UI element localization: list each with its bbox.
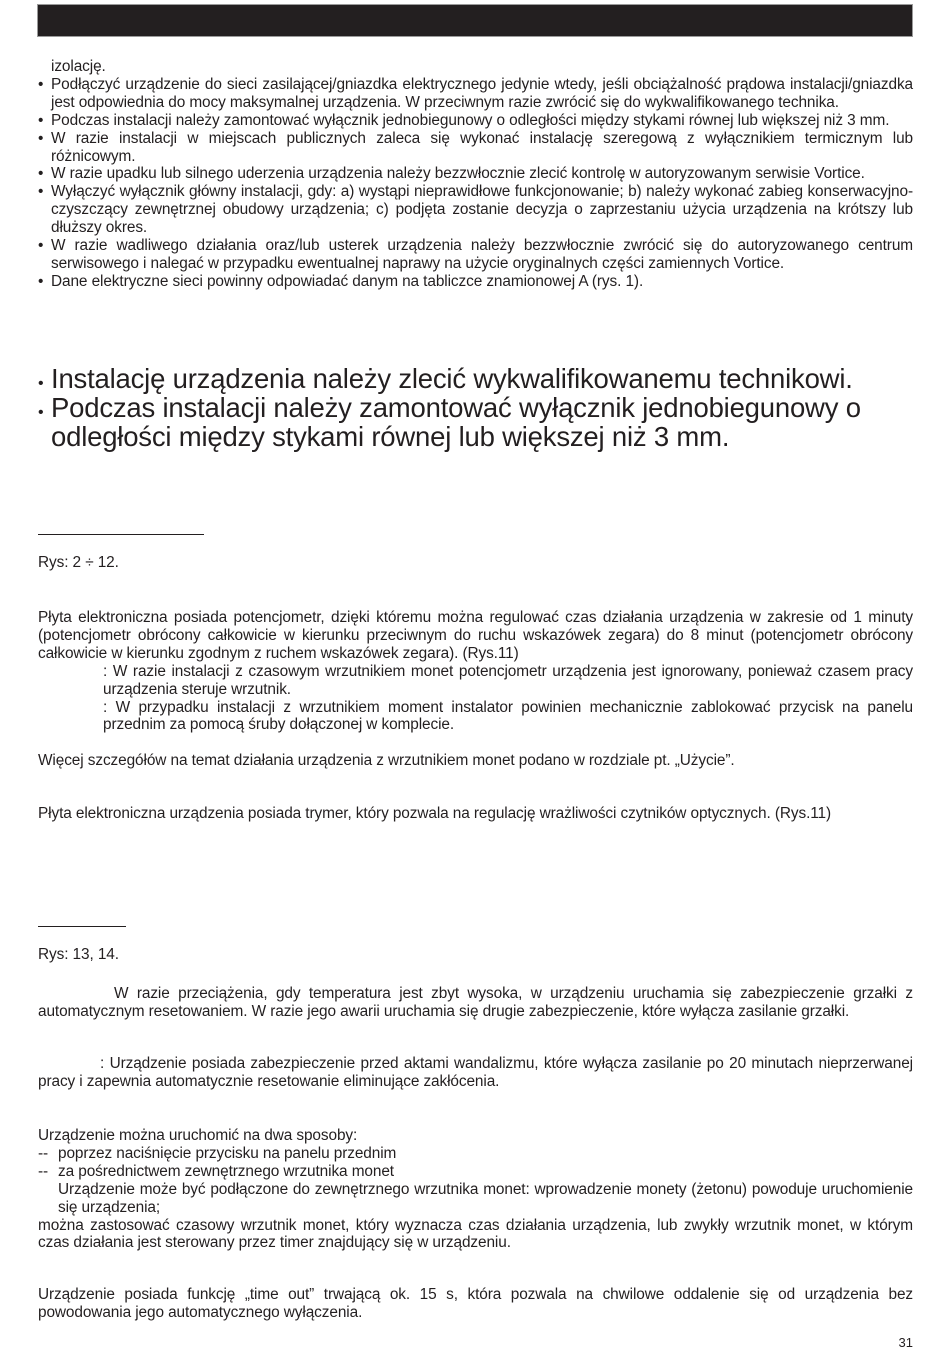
safety-item: •Podłączyć urządzenie do sieci zasilając… xyxy=(38,76,913,112)
note-paragraph: : W przypadku instalacji z wrzutnikiem m… xyxy=(38,699,913,735)
note-paragraph: : W razie instalacji z czasowym wrzutnik… xyxy=(38,663,913,699)
timeout-paragraph: Urządzenie posiada funkcję „time out” tr… xyxy=(38,1286,913,1322)
page-number: 31 xyxy=(899,1335,913,1350)
overheat-paragraph: W razie przeciążenia, gdy temperatura je… xyxy=(38,985,913,1021)
safety-item: •W razie upadku lub silnego uderzenia ur… xyxy=(38,165,913,183)
safety-item: •Dane elektryczne sieci powinny odpowiad… xyxy=(38,273,913,291)
more-details-paragraph: Więcej szczegółów na temat działania urz… xyxy=(38,752,913,770)
figure-ref: Rys: 13, 14. xyxy=(38,946,913,964)
bullet-icon: • xyxy=(38,398,43,427)
emphasis-list: •Instalację urządzenia należy zlecić wyk… xyxy=(38,364,913,451)
emphasis-item: •Podczas instalacji należy zamontować wy… xyxy=(38,393,913,451)
section-divider xyxy=(38,926,126,927)
start-option: --poprzez naciśnięcie przycisku na panel… xyxy=(38,1145,913,1163)
bullet-icon: • xyxy=(38,76,43,94)
safety-list: izolację. •Podłączyć urządzenie do sieci… xyxy=(38,58,913,291)
section-divider xyxy=(38,534,204,535)
dash-icon: -- xyxy=(38,1145,48,1163)
safety-item: •Wyłączyć wyłącznik główny instalacji, g… xyxy=(38,183,913,237)
section-1-body: Płyta elektroniczna posiada potencjometr… xyxy=(38,609,913,734)
safety-item: •W razie wadliwego działania oraz/lub us… xyxy=(38,237,913,273)
bullet-icon: • xyxy=(38,237,43,255)
trimmer-paragraph: Płyta elektroniczna urządzenia posiada t… xyxy=(38,805,913,823)
bullet-icon: • xyxy=(38,165,43,183)
figure-ref: Rys: 2 ÷ 12. xyxy=(38,554,913,572)
safety-item: •Podczas instalacji należy zamontować wy… xyxy=(38,112,913,130)
bullet-icon: • xyxy=(38,112,43,130)
coin-detail: Urządzenie może być podłączone do zewnęt… xyxy=(38,1181,913,1217)
emphasis-item: •Instalację urządzenia należy zlecić wyk… xyxy=(38,364,913,393)
bullet-icon: • xyxy=(38,130,43,148)
bullet-icon: • xyxy=(38,183,43,201)
dash-icon: -- xyxy=(38,1163,48,1181)
safety-item: •W razie instalacji w miejscach publiczn… xyxy=(38,130,913,166)
vandal-paragraph: : Urządzenie posiada zabezpieczenie prze… xyxy=(38,1055,913,1091)
coin-types: można zastosować czasowy wrzutnik monet,… xyxy=(38,1217,913,1253)
section-header-bar xyxy=(37,4,913,37)
bullet-icon: • xyxy=(38,273,43,291)
section-3-body: Urządzenie można uruchomić na dwa sposob… xyxy=(38,1127,913,1252)
start-option: --za pośrednictwem zewnętrznego wrzutnik… xyxy=(38,1163,913,1181)
continuation-text: izolację. xyxy=(38,58,913,76)
start-intro: Urządzenie można uruchomić na dwa sposob… xyxy=(38,1127,913,1145)
potentiometer-paragraph: Płyta elektroniczna posiada potencjometr… xyxy=(38,609,913,663)
